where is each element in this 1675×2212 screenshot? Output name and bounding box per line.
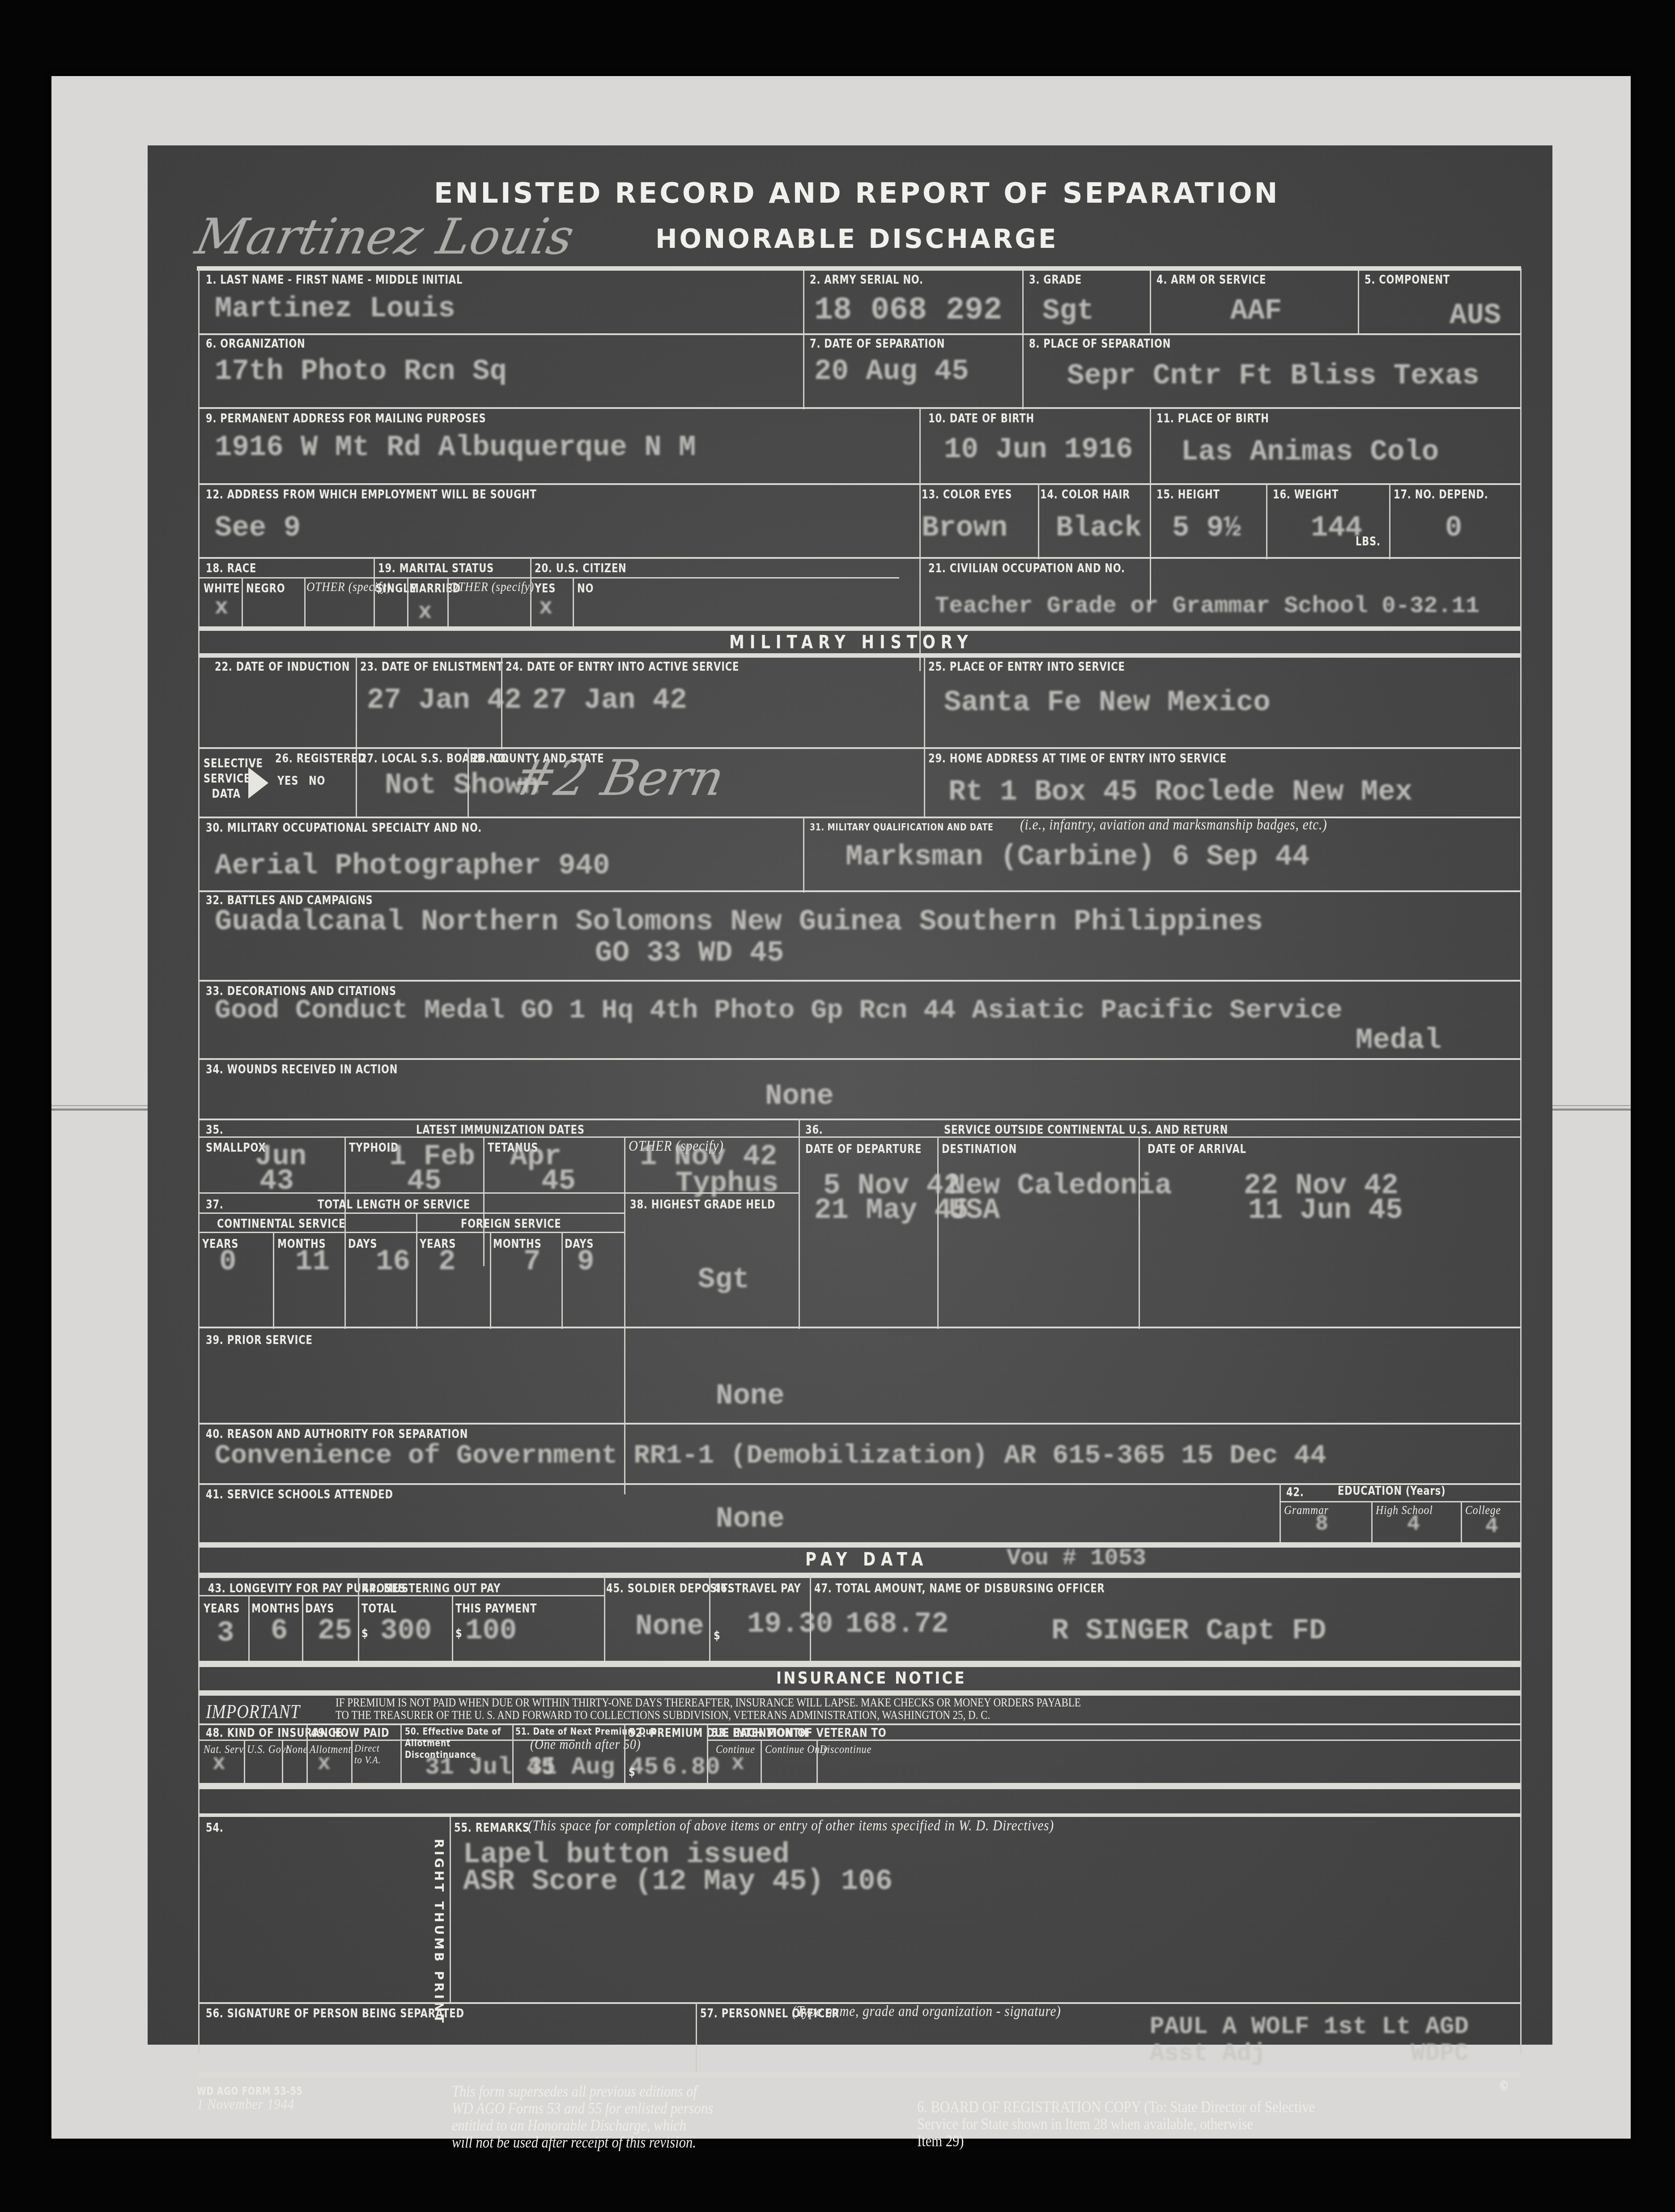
divider [761,1740,762,1784]
personnel-officer-line-1: PAUL A WOLF 1st Lt AGD [1150,2013,1469,2041]
rule [199,980,1520,982]
section-pay-data: PAY DATA [805,1549,928,1570]
section-military-history: MILITARY HISTORY [729,632,973,653]
rule [199,557,1520,559]
overseas-col-destination: DESTINATION [942,1142,1017,1156]
label-education-no: 42. [1286,1485,1304,1499]
value-entry-place: Santa Fe New Mexico [944,687,1271,719]
rule [799,1136,1520,1138]
value-home-address: Rt 1 Box 45 Roclede New Mex [948,776,1412,808]
divider [273,1232,274,1329]
divider [561,1232,563,1329]
divider [937,1136,939,1329]
label-entry-place: 25. PLACE OF ENTRY INTO SERVICE [928,660,1125,674]
label-foreign: FOREIGN SERVICE [461,1217,561,1231]
divider [1461,1501,1462,1544]
personnel-officer-note: (Type name, grade and organization - sig… [792,2003,1061,2020]
selective-service-label: SELECTIVE SERVICE DATA [204,756,249,802]
edu-grammar: 8 [1315,1512,1328,1536]
label-occupation: 21. CIVILIAN OCCUPATION AND NO. [928,562,1125,575]
handwritten-name: Martinez Louis [191,208,579,265]
value-occupation: Teacher Grade or Grammar School 0-32.11 [935,593,1479,619]
divider [374,557,375,626]
copyright-mark: © [1499,2078,1509,2094]
value-arm: AAF [1230,295,1282,328]
divider [624,1723,625,1784]
divider [450,1817,451,2003]
value-battles-2: GO 33 WD 45 [595,937,784,970]
divider [447,577,449,626]
cont-months: 11 [295,1246,330,1278]
label-enlistment: 23. DATE OF ENLISTMENT [360,660,503,674]
label-continental: CONTINENTAL SERVICE [217,1217,345,1231]
divider [416,1212,417,1329]
divider [1389,483,1390,559]
rule [199,653,1520,658]
value-name: Martinez Louis [215,293,455,325]
mustering-this-currency: $ [455,1626,462,1640]
divider [919,407,921,671]
label-how-paid: 49. HOW PAID [311,1726,389,1740]
divider [1371,1501,1373,1544]
overseas-departure: 21 May 45 [814,1195,969,1227]
label-overseas-no: 36. [805,1123,823,1137]
edu-college: 4 [1485,1514,1498,1539]
remarks-line-2: ASR Score (12 May 45) 106 [463,1866,893,1898]
label-eyes: 13. COLOR EYES [922,488,1012,502]
label-immunization-no: 35. [206,1123,224,1137]
registered-no: NO [309,774,325,788]
rule [197,266,1521,271]
divider [709,1575,710,1662]
divider [1038,483,1039,559]
label-travel-pay: 46. TRAVEL PAY [714,1582,801,1595]
mustering-total: 300 [380,1615,432,1647]
label-induction: 22. DATE OF INDUCTION [215,660,350,674]
label-marital: 19. MARITAL STATUS [378,562,494,575]
divider [244,1740,245,1784]
label-weight: 16. WEIGHT [1273,488,1339,502]
divider [358,1575,359,1662]
mustering-total-currency: $ [361,1626,368,1640]
divider [924,655,925,817]
rule [199,1119,1520,1120]
rule [199,1327,1520,1328]
value-serial: 18 068 292 [814,293,1002,328]
divider [810,1575,811,1662]
divider [707,1723,708,1784]
edu-high: 4 [1407,1512,1420,1536]
intention-mark: x [731,1752,744,1776]
divider [803,817,804,893]
divider [1266,483,1267,559]
foreign-years: 2 [438,1246,455,1278]
rule [199,1232,624,1233]
intention-continue-only: Continue Only [765,1743,828,1756]
label-serial: 2. ARMY SERIAL NO. [810,273,923,287]
value-organization: 17th Photo Rcn Sq [215,356,507,388]
marital-other: OTHER (specify) [450,579,534,595]
personnel-officer-line-2: Asst Adj WDPC [1150,2040,1469,2067]
form-title: ENLISTED RECORD AND REPORT OF SEPARATION [434,177,1280,209]
form-date: 1 November 1944 [197,2096,294,2113]
rule [199,1573,1520,1578]
form-subtitle: HONORABLE DISCHARGE [655,224,1059,254]
travel-currency: $ [714,1629,720,1642]
divider [344,1232,346,1329]
rule [1280,1501,1520,1502]
label-length-no: 37. [206,1198,224,1212]
value-reason: Convenience of Government RR1-1 (Demobil… [215,1441,1326,1471]
label-length: TOTAL LENGTH OF SERVICE [318,1198,470,1212]
value-separation-place: Sepr Cntr Ft Bliss Texas [1067,360,1479,392]
value-wounds: None [765,1080,834,1113]
longevity-years: 3 [217,1617,234,1650]
imm-other-type: Typhus [676,1168,778,1200]
rule [199,626,1520,631]
mustering-this: 100 [465,1615,517,1647]
divider [242,577,243,626]
handwritten-county: #2 Bern [508,749,729,807]
label-registered: 26. REGISTERED [275,752,366,766]
label-address: 9. PERMANENT ADDRESS FOR MAILING PURPOSE… [206,412,486,425]
citizen-mark: x [539,595,553,621]
label-mos: 30. MILITARY OCCUPATIONAL SPECIALTY AND … [206,821,482,835]
insurance-none: None [285,1743,308,1756]
label-highest-grade: 38. HIGHEST GRADE HELD [630,1198,775,1212]
label-overseas: SERVICE OUTSIDE CONTINENTAL U.S. AND RET… [944,1123,1228,1137]
divider [400,1723,402,1784]
insurance-direct: Direct to V.A. [354,1743,389,1766]
label-prior-service: 39. PRIOR SERVICE [206,1333,313,1347]
label-immunization: LATEST IMMUNIZATION DATES [416,1123,585,1137]
divider [1150,271,1151,333]
rule [199,747,1520,749]
label-reason: 40. REASON AND AUTHORITY FOR SEPARATION [206,1427,468,1441]
label-race-no: 18. RACE [206,562,256,575]
cont-years: 0 [219,1246,236,1278]
value-component: AUS [1450,300,1501,332]
value-total-amount: 168.72 [846,1608,948,1641]
divider [501,655,502,749]
divider [407,577,408,626]
label-grade: 3. GRADE [1029,273,1082,287]
value-premium-due: 6.80 [662,1754,720,1781]
value-prior-service: None [716,1380,785,1412]
value-weight: 144 [1311,512,1362,544]
race-white: WHITE [204,582,240,596]
form-number: WD AGO FORM 53-55 [197,2085,302,2097]
value-employment-address: See 9 [215,512,301,544]
label-total-amount: 47. TOTAL AMOUNT, NAME OF DISBURSING OFF… [814,1582,1105,1595]
label-component: 5. COMPONENT [1365,273,1450,287]
overseas-col-departure: DATE OF DEPARTURE [805,1142,922,1156]
divider [282,1740,283,1784]
value-travel-pay: 19.30 [747,1608,833,1641]
divider [1358,271,1359,333]
label-active-service: 24. DATE OF ENTRY INTO ACTIVE SERVICE [506,660,739,674]
mustering-this-label: THIS PAYMENT [455,1602,537,1616]
divider [604,1575,605,1662]
insurance-paid-mark: x [318,1752,331,1776]
label-name: 1. LAST NAME - FIRST NAME - MIDDLE INITI… [206,273,463,287]
overseas-destination: USA [948,1195,1000,1227]
longevity-months-label: MONTHS [251,1602,300,1616]
value-service-schools: None [716,1503,785,1536]
value-disbursing-officer: R SINGER Capt FD [1051,1615,1326,1647]
divider [799,1119,800,1329]
frame-right [1520,268,1522,2054]
label-separation-place: 8. PLACE OF SEPARATION [1029,337,1171,351]
divider [483,1136,485,1266]
value-highest-grade: Sgt [698,1264,749,1296]
value-next-premium: 31 Aug 45 [528,1754,659,1781]
rule [199,1423,1520,1425]
divider [356,655,357,817]
longevity-days-label: DAYS [305,1602,334,1616]
divider [512,1723,514,1784]
label-home-address: 29. HOME ADDRESS AT TIME OF ENTRY INTO S… [928,752,1227,766]
signature-field[interactable] [199,2004,691,2071]
divider [351,1740,353,1784]
qualification-note: (i.e., infantry, aviation and marksmansh… [1020,817,1327,834]
rule [199,1192,624,1194]
label-height: 15. HEIGHT [1156,488,1220,502]
rule [199,1058,1520,1060]
rule [199,1783,1520,1789]
label-remarks: 55. REMARKS [454,1821,530,1835]
value-address: 1916 W Mt Rd Albuquerque N M [215,432,696,464]
weight-unit: LBS. [1356,535,1381,549]
value-decorations-2: Medal [1356,1025,1441,1057]
label-battles: 32. BATTLES AND CAMPAIGNS [206,893,373,907]
edu-high-label: High School [1376,1503,1433,1518]
value-grade: Sgt [1042,295,1094,328]
value-battles-1: Guadalcanal Northern Solomons New Guinea… [215,906,1263,938]
value-birth-place: Las Animas Colo [1181,436,1439,468]
rule [199,1661,1520,1667]
label-citizen: 20. U.S. CITIZEN [535,562,627,575]
divider [816,1740,818,1784]
rule [199,333,1520,335]
divider [1280,1483,1281,1544]
rule [707,1740,1520,1741]
rule [199,1813,1520,1817]
label-intention: 53. INTENTION OF VETERAN TO [711,1726,886,1740]
longevity-years-label: YEARS [204,1602,240,1616]
divider [490,1232,491,1329]
divider [304,577,306,626]
divider [1022,271,1024,333]
citizen-no: NO [577,582,594,596]
divider [302,1595,303,1662]
divider [468,747,469,817]
rule [199,1723,1520,1725]
label-service-schools: 41. SERVICE SCHOOLS ATTENDED [206,1488,393,1502]
rule [199,2072,1520,2078]
overseas-arrival: 11 Jun 45 [1248,1195,1403,1227]
rule [199,407,1520,409]
remarks-note: (This space for completion of above item… [528,1817,1054,1834]
value-eyes: Brown [922,512,1008,544]
marital-mark: x [418,600,432,625]
rule [199,1212,624,1214]
divider [1022,333,1024,409]
rule [199,483,1520,485]
value-birth-date: 10 Jun 1916 [944,434,1133,466]
rule [199,1542,1520,1548]
longevity-days: 25 [318,1615,352,1647]
value-decorations-1: Good Conduct Medal GO 1 Hq 4th Photo Gp … [215,995,1342,1026]
value-mos: Aerial Photographer 940 [215,850,610,882]
value-active-service: 27 Jan 42 [532,685,687,717]
registered-yes: YES [277,774,298,788]
premium-currency: $ [629,1765,635,1779]
divider [1139,1136,1140,1329]
cont-days-label: DAYS [348,1237,377,1251]
value-separation-date: 20 Aug 45 [814,356,969,388]
divider [696,2002,697,2072]
divider [803,271,804,409]
insurance-kind-mark: x [213,1752,225,1776]
section-insurance: INSURANCE NOTICE [776,1668,966,1688]
label-mustering: 44. MUSTERING OUT PAY [362,1582,501,1595]
rule [199,1690,1520,1696]
label-arm: 4. ARM OR SERVICE [1156,273,1266,287]
divider [306,1723,308,1784]
rule [199,890,1520,892]
race-negro: NEGRO [246,582,285,596]
intention-discontinue: Discontinue [820,1743,872,1756]
mustering-total-label: TOTAL [361,1602,397,1616]
value-dependents: 0 [1445,512,1462,544]
insurance-important: IMPORTANT [206,1700,300,1723]
discharge-form: ENLISTED RECORD AND REPORT OF SEPARATION… [148,145,1552,2045]
thumb-print-box [199,1817,450,2003]
value-qualification: Marksman (Carbine) 6 Sep 44 [846,841,1309,873]
label-qualification: 31. MILITARY QUALIFICATION AND DATE [810,822,994,833]
label-birth-place: 11. PLACE OF BIRTH [1156,412,1269,425]
supersedes-note: This form supersedes all previous editio… [452,2083,713,2151]
label-hair: 14. COLOR HAIR [1040,488,1130,502]
cont-days: 16 [376,1246,410,1278]
arrow-right-icon [248,767,268,799]
insurance-notice-2: TO THE TREASURER OF THE U. S. AND FORWAR… [336,1708,990,1723]
label-birth-date: 10. DATE OF BIRTH [928,412,1034,425]
divider [1150,407,1151,604]
divider [573,577,574,626]
rule [199,1483,1520,1485]
label-separation-date: 7. DATE OF SEPARATION [810,337,945,351]
race-mark: x [215,595,228,621]
value-enlistment: 27 Jan 42 [367,685,522,717]
divider [248,1595,250,1662]
foreign-days: 9 [577,1246,594,1278]
pay-voucher: Vou # 1053 [1007,1545,1146,1571]
foreign-months: 7 [523,1246,540,1278]
longevity-months: 6 [271,1615,288,1647]
label-dependents: 17. NO. DEPEND. [1394,488,1488,502]
label-education: EDUCATION (Years) [1338,1484,1445,1498]
value-hair: Black [1056,512,1142,544]
value-deposits: None [635,1611,704,1643]
citizen-yes: YES [535,582,556,596]
divider [530,557,531,626]
rule [624,1192,799,1194]
copy-designation: 6. BOARD OF REGISTRATION COPY (To: State… [917,2098,1315,2149]
label-wounds: 34. WOUNDS RECEIVED IN ACTION [206,1063,398,1076]
label-organization: 6. ORGANIZATION [206,337,306,351]
value-height: 5 9½ [1172,512,1241,544]
divider [452,1595,453,1662]
overseas-col-arrival: DATE OF ARRIVAL [1148,1142,1246,1156]
label-employment-address: 12. ADDRESS FROM WHICH EMPLOYMENT WILL B… [206,488,537,502]
